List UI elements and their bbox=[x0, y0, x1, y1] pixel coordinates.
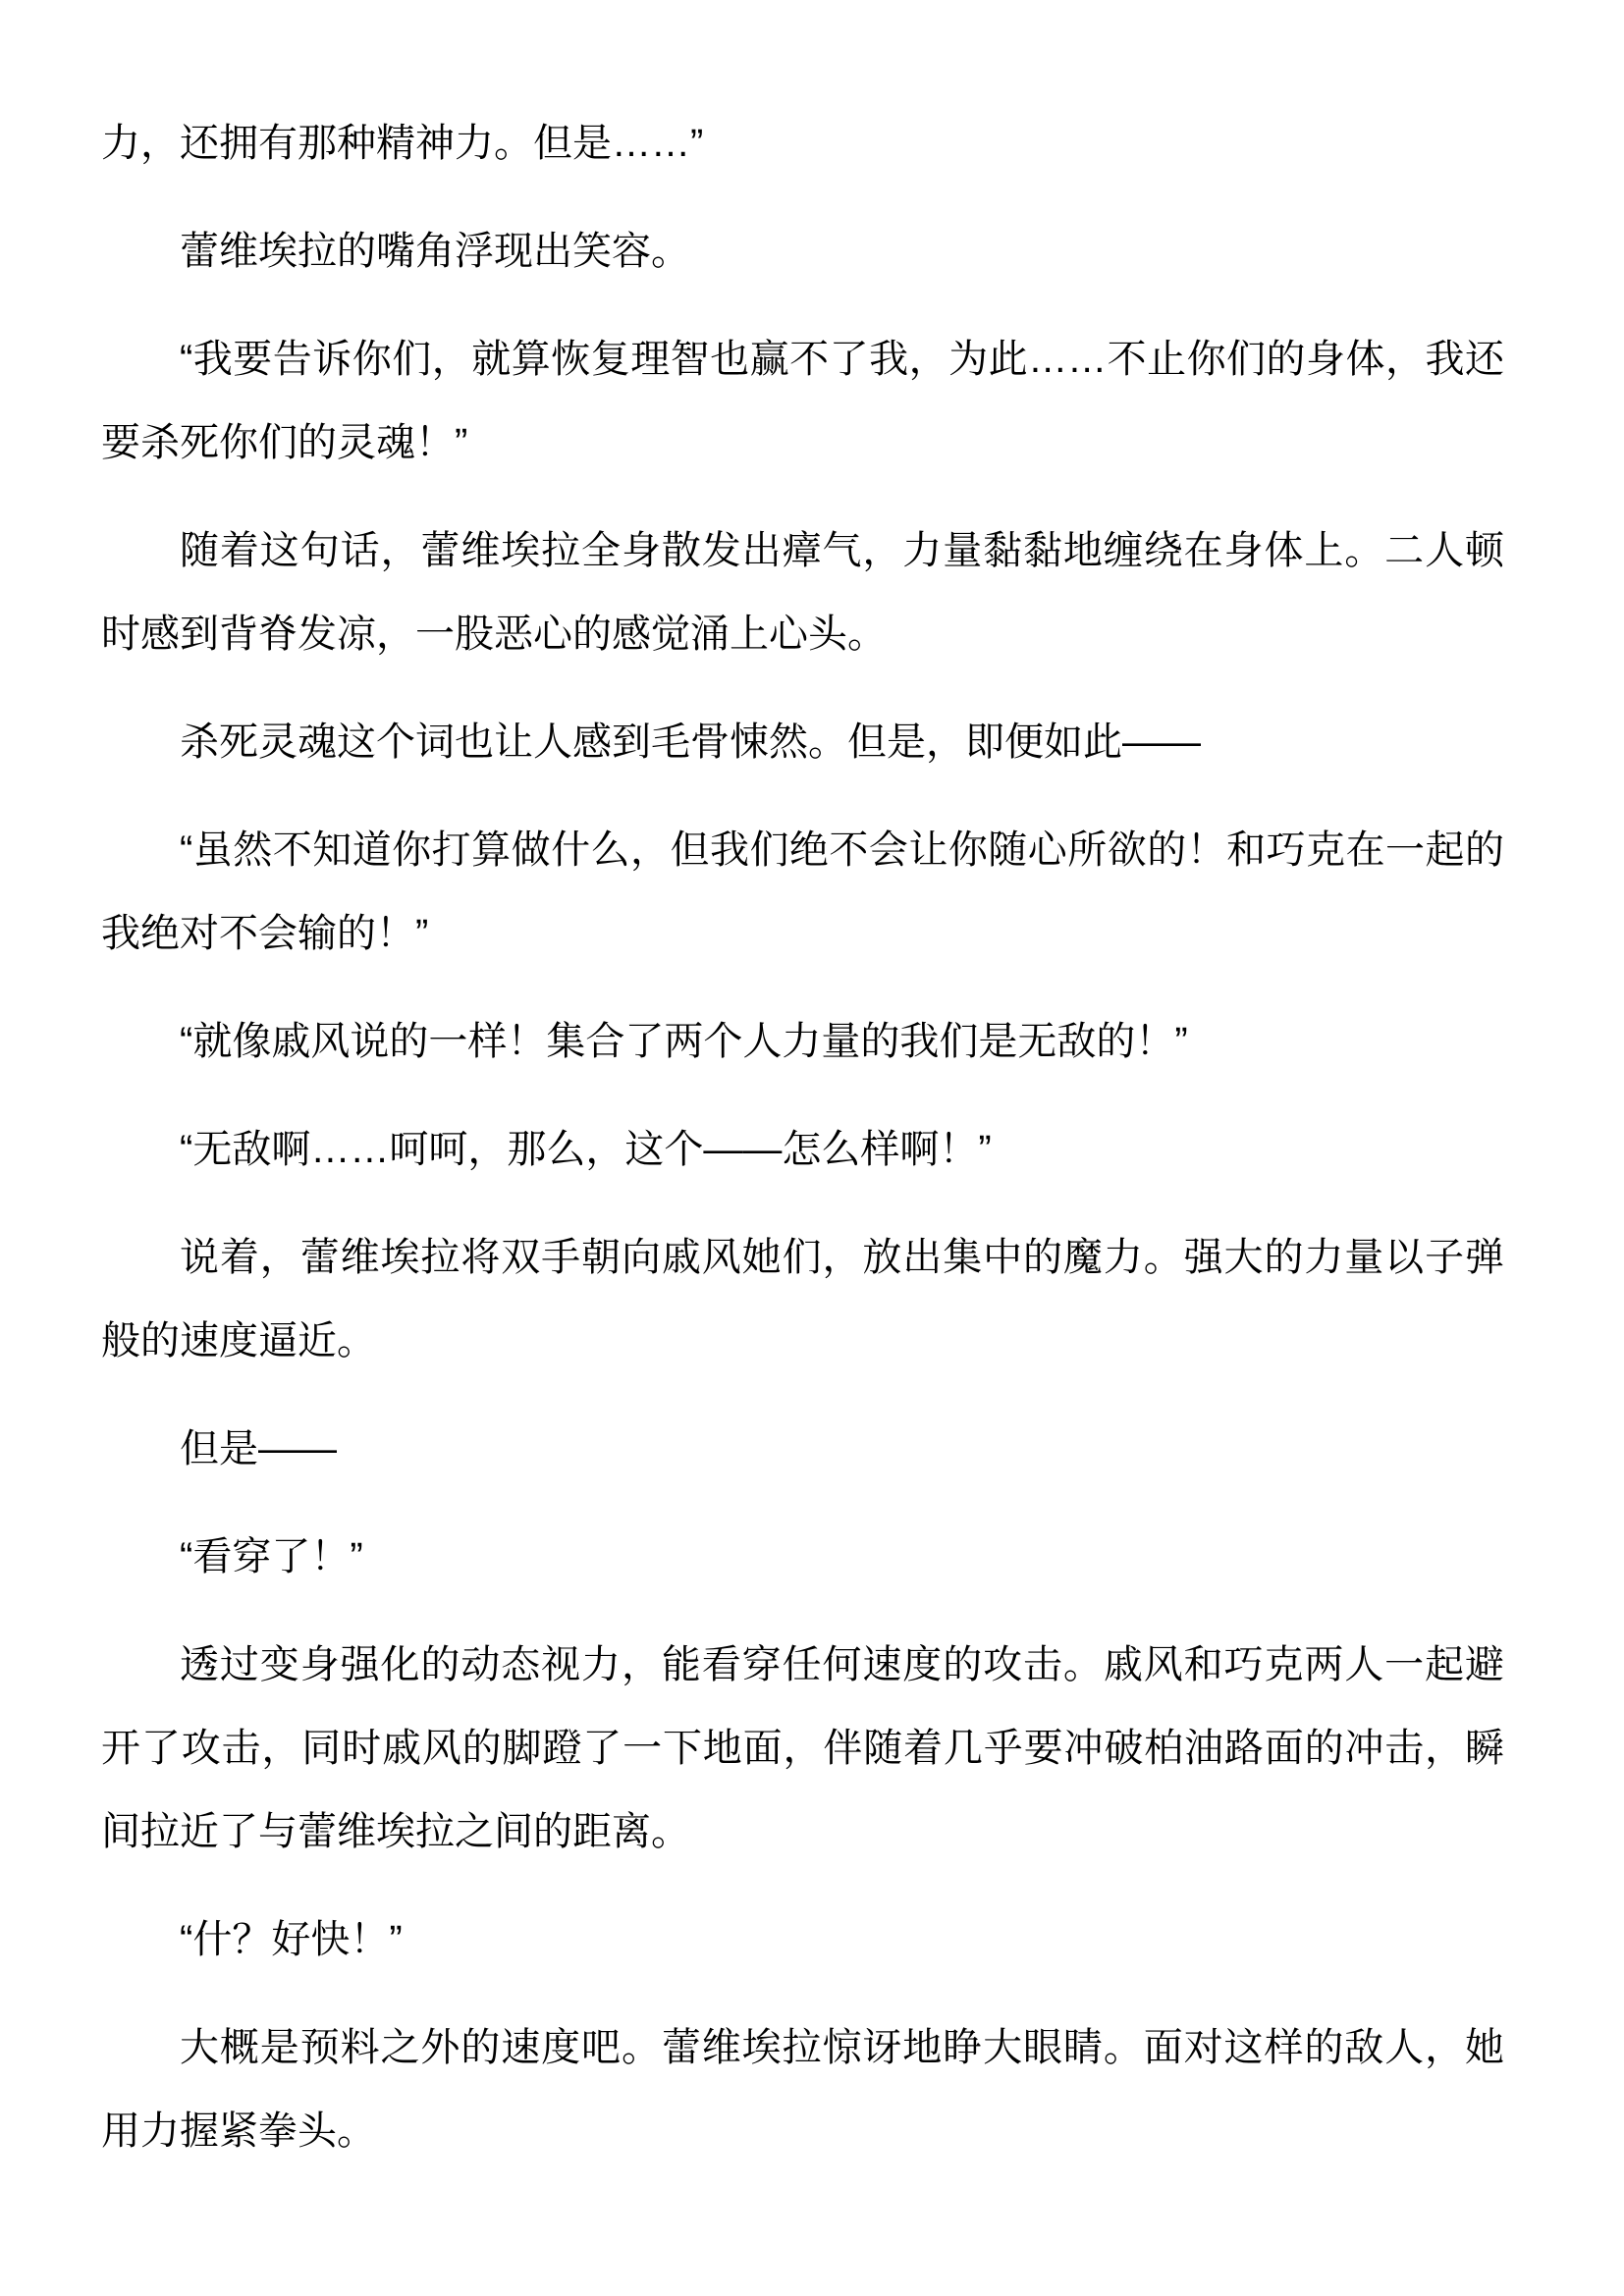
paragraph: “就像戚风说的一样！集合了两个人力量的我们是无敌的！” bbox=[101, 1000, 1504, 1084]
paragraph: “我要告诉你们，就算恢复理智也赢不了我，为此……不止你们的身体，我还要杀死你们的… bbox=[101, 318, 1504, 485]
paragraph: “无敌啊……呵呵，那么，这个——怎么样啊！” bbox=[101, 1108, 1504, 1192]
paragraph: 蕾维埃拉的嘴角浮现出笑容。 bbox=[101, 210, 1504, 294]
paragraph: 随着这句话，蕾维埃拉全身散发出瘴气，力量黏黏地缠绕在身体上。二人顿时感到背脊发凉… bbox=[101, 509, 1504, 676]
paragraph: 力，还拥有那种精神力。但是……” bbox=[101, 102, 1504, 186]
paragraph: “什？好快！” bbox=[101, 1898, 1504, 1982]
document-page: 力，还拥有那种精神力。但是……” 蕾维埃拉的嘴角浮现出笑容。 “我要告诉你们，就… bbox=[0, 0, 1624, 2296]
paragraph: “虽然不知道你打算做什么，但我们绝不会让你随心所欲的！和巧克在一起的我绝对不会输… bbox=[101, 809, 1504, 976]
paragraph: 透过变身强化的动态视力，能看穿任何速度的攻击。戚风和巧克两人一起避开了攻击，同时… bbox=[101, 1624, 1504, 1874]
paragraph: 说着，蕾维埃拉将双手朝向戚风她们，放出集中的魔力。强大的力量以子弹般的速度逼近。 bbox=[101, 1216, 1504, 1383]
paragraph: “看穿了！” bbox=[101, 1516, 1504, 1599]
paragraph: 但是—— bbox=[101, 1408, 1504, 1491]
paragraph: 杀死灵魂这个词也让人感到毛骨悚然。但是，即便如此—— bbox=[101, 701, 1504, 784]
paragraph: 大概是预料之外的速度吧。蕾维埃拉惊讶地睁大眼睛。面对这样的敌人，她用力握紧拳头。 bbox=[101, 2006, 1504, 2173]
